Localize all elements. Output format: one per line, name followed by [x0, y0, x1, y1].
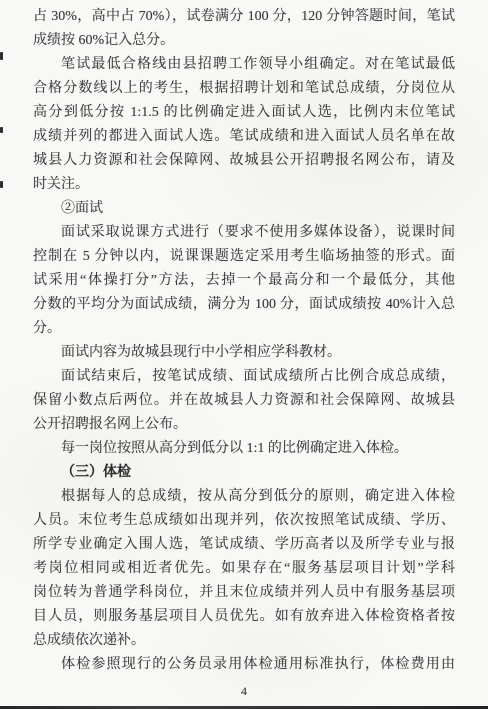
heading-physical-exam: （三）体检 — [33, 461, 455, 485]
text-line: 考岗位相同或相近者优先。如果存在“服务基层项目计划”学科 — [33, 557, 455, 581]
scan-artifact — [0, 181, 3, 188]
text-line: 保留小数点后两位。并在故城县人力资源和社会保障网、故城县 — [33, 389, 455, 413]
text-line: 时关注。 — [33, 173, 455, 197]
text-line: 合格分数线以上的考生，根据招聘计划和笔试总成绩，分岗位从 — [33, 77, 455, 101]
text-line: 目人员，则服务基层项目人员优先。如有放弃进入体检资格者按 — [33, 605, 455, 629]
text-line: 面试内容为故城县现行中小学相应学科教材。 — [33, 341, 455, 365]
text-line: 城县人力资源和社会保障网、故城县公开招聘报名网公布，请及 — [33, 149, 455, 173]
page-number: 4 — [0, 684, 488, 699]
heading-interview: ②面试 — [33, 197, 455, 221]
text-line: 高分到低分按 1:1.5 的比例确定进入面试人选，比例内末位笔试 — [33, 101, 455, 125]
text-line: 试采用“体操打分”方法，去掉一个最高分和一个最低分，其他 — [33, 269, 455, 293]
text-line: 面试结束后，按笔试成绩、面试成绩所占比例合成总成绩， — [33, 365, 455, 389]
text-line: 分数的平均分为面试成绩，满分为 100 分，面试成绩按 40%计入总 — [33, 293, 455, 317]
text-line: 公开招聘报名网上公布。 — [33, 413, 455, 437]
text-line: 人员。末位考生总成绩如出现并列，依次按照笔试成绩、学历、 — [33, 509, 455, 533]
text-line: 笔试最低合格线由县招聘工作领导小组确定。对在笔试最低 — [33, 53, 455, 77]
text-line: 成绩按 60%记入总分。 — [33, 29, 455, 53]
document-page: 占 30%，高中占 70%），试卷满分 100 分，120 分钟答题时间，笔试 … — [0, 0, 488, 709]
scan-artifact — [0, 52, 3, 60]
text-line: 所学专业确定入围人选，笔试成绩、学历高者以及所学专业与报 — [33, 533, 455, 557]
text-line: 每一岗位按照从高分到低分以 1:1 的比例确定进入体检。 — [33, 437, 455, 461]
text-line: 岗位转为普通学科岗位，并且末位成绩并列人员中有服务基层项 — [33, 581, 455, 605]
text-line: 分。 — [33, 317, 455, 341]
text-line: 根据每人的总成绩，按从高分到低分的原则，确定进入体检 — [33, 485, 455, 509]
text-line: 体检参照现行的公务员录用体检通用标准执行，体检费用由 — [33, 653, 455, 677]
text-line: 总成绩依次递补。 — [33, 629, 455, 653]
document-body: 占 30%，高中占 70%），试卷满分 100 分，120 分钟答题时间，笔试 … — [33, 5, 455, 677]
scan-artifact — [0, 127, 3, 133]
text-line: 占 30%，高中占 70%），试卷满分 100 分，120 分钟答题时间，笔试 — [33, 5, 455, 29]
text-line: 控制在 5 分钟以内，说课课题选定采用考生临场抽签的形式。面 — [33, 245, 455, 269]
text-line: 面试采取说课方式进行（要求不使用多媒体设备），说课时间 — [33, 221, 455, 245]
text-line: 成绩并列的都进入面试人选。笔试成绩和进入面试人员名单在故 — [33, 125, 455, 149]
